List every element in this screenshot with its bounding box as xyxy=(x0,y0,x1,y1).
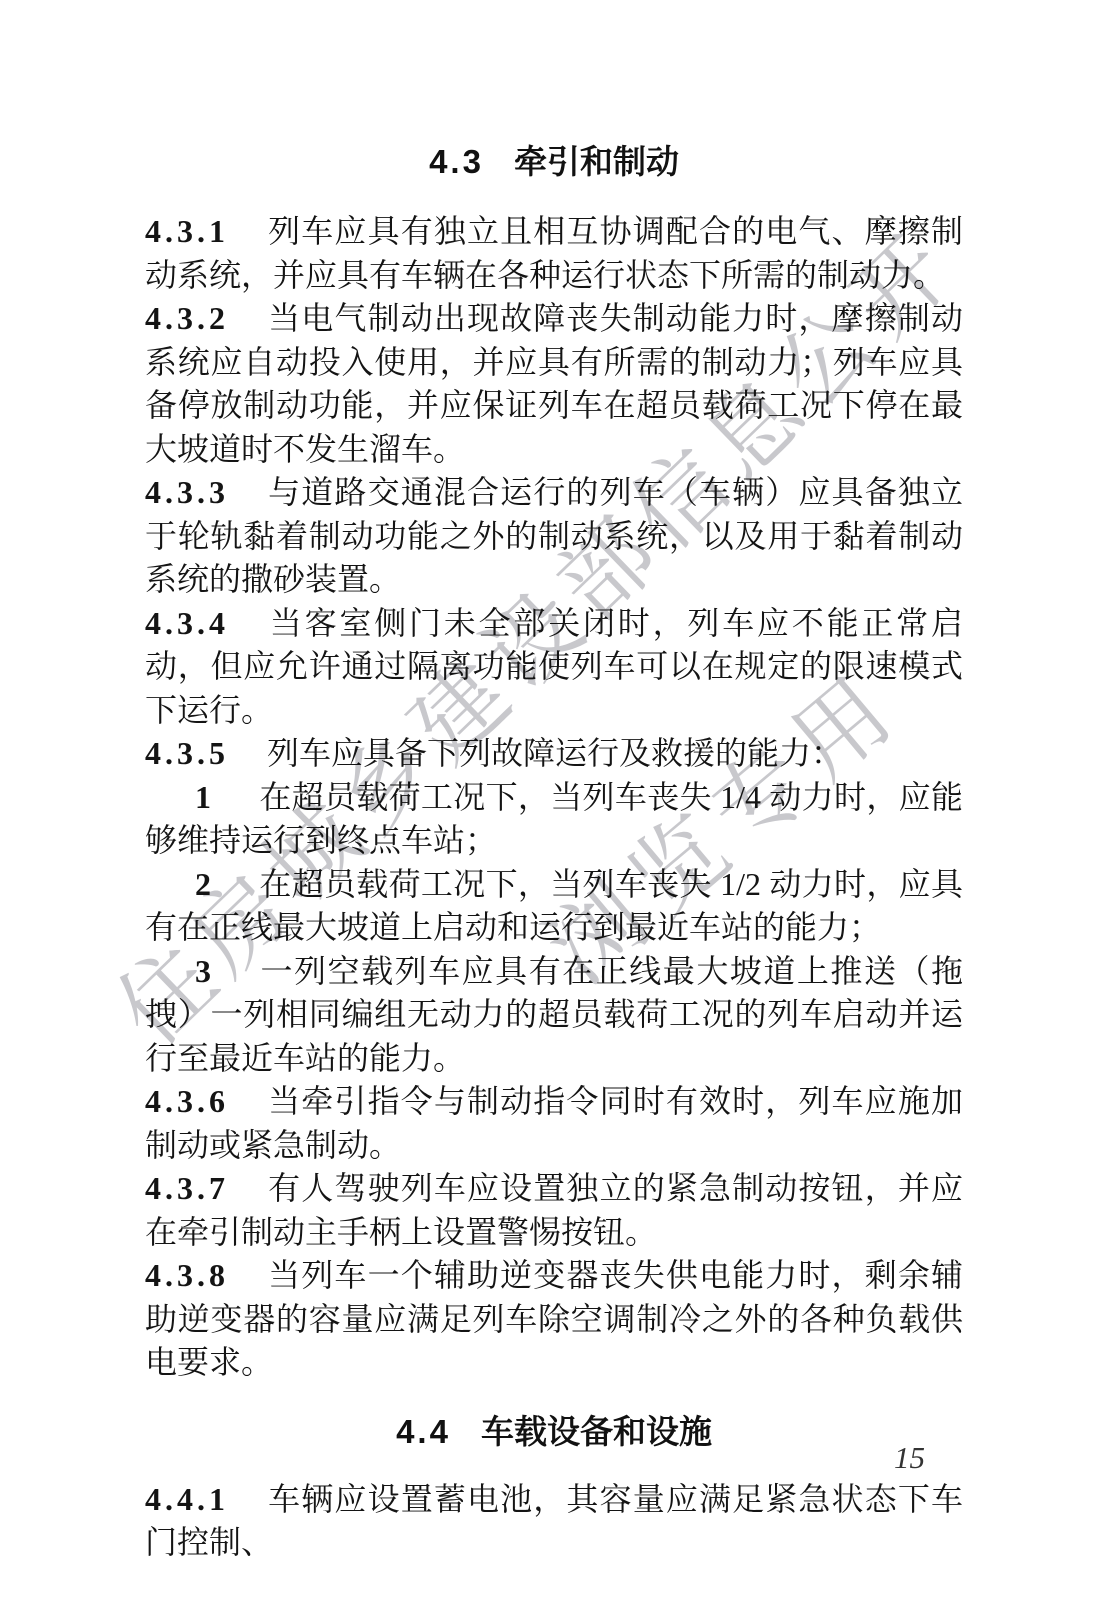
clause-text: 当牵引指令与制动指令同时有效时，列车应施加制动或紧急制动。 xyxy=(145,1083,963,1163)
item-number: 1 xyxy=(195,779,211,815)
clause-4-3-3: 4.3.3与道路交通混合运行的列车（车辆）应具备独立于轮轨黏着制动功能之外的制动… xyxy=(145,471,963,602)
clause-number: 4.3.2 xyxy=(145,300,229,336)
section-heading-number: 4.3 xyxy=(429,143,484,180)
clause-text: 有人驾驶列车应设置独立的紧急制动按钮，并应在牵引制动主手柄上设置警惕按钮。 xyxy=(145,1170,963,1250)
clause-4-3-6: 4.3.6当牵引指令与制动指令同时有效时，列车应施加制动或紧急制动。 xyxy=(145,1080,963,1167)
item-text: 在超员载荷工况下，当列车丧失 1/2 动力时，应具有在正线最大坡道上启动和运行到… xyxy=(145,866,963,946)
clause-number: 4.3.5 xyxy=(145,735,229,771)
item-text: 在超员载荷工况下，当列车丧失 1/4 动力时，应能够维持运行到终点车站； xyxy=(145,779,963,859)
clause-4-3-5-item-2: 2在超员载荷工况下，当列车丧失 1/2 动力时，应具有在正线最大坡道上启动和运行… xyxy=(145,863,963,950)
page-number: 15 xyxy=(894,1440,925,1476)
clause-number: 4.3.4 xyxy=(145,605,229,641)
clause-4-3-4: 4.3.4当客室侧门未全部关闭时，列车应不能正常启动，但应允许通过隔离功能使列车… xyxy=(145,602,963,733)
clause-text: 当客室侧门未全部关闭时，列车应不能正常启动，但应允许通过隔离功能使列车可以在规定… xyxy=(145,605,963,728)
section-heading-4-3: 4.3牵引和制动 xyxy=(145,140,963,184)
item-text: 一列空载列车应具有在正线最大坡道上推送（拖拽）一列相同编组无动力的超员载荷工况的… xyxy=(145,953,963,1076)
clause-number: 4.3.8 xyxy=(145,1257,229,1293)
clause-text: 与道路交通混合运行的列车（车辆）应具备独立于轮轨黏着制动功能之外的制动系统，以及… xyxy=(145,474,963,597)
clause-number: 4.3.1 xyxy=(145,213,229,249)
item-number: 2 xyxy=(195,866,211,902)
clause-number: 4.3.6 xyxy=(145,1083,229,1119)
clause-text: 列车应具有独立且相互协调配合的电气、摩擦制动系统，并应具有车辆在各种运行状态下所… xyxy=(145,213,963,293)
clause-4-3-1: 4.3.1列车应具有独立且相互协调配合的电气、摩擦制动系统，并应具有车辆在各种运… xyxy=(145,210,963,297)
clause-4-3-7: 4.3.7有人驾驶列车应设置独立的紧急制动按钮，并应在牵引制动主手柄上设置警惕按… xyxy=(145,1167,963,1254)
section-heading-4-4: 4.4车载设备和设施 xyxy=(145,1410,963,1454)
page-content: 4.3牵引和制动 4.3.1列车应具有独立且相互协调配合的电气、摩擦制动系统，并… xyxy=(145,140,963,1565)
clause-4-3-8: 4.3.8当列车一个辅助逆变器丧失供电能力时，剩余辅助逆变器的容量应满足列车除空… xyxy=(145,1254,963,1385)
clause-number: 4.3.3 xyxy=(145,474,229,510)
clause-text: 车辆应设置蓄电池，其容量应满足紧急状态下车门控制、 xyxy=(145,1481,963,1561)
clause-4-3-2: 4.3.2当电气制动出现故障丧失制动能力时，摩擦制动系统应自动投入使用，并应具有… xyxy=(145,297,963,471)
document-page: 住房城乡建设部信息公开 浏览专用 4.3牵引和制动 4.3.1列车应具有独立且相… xyxy=(0,0,1103,1597)
clause-4-3-5: 4.3.5列车应具备下列故障运行及救援的能力： xyxy=(145,732,963,776)
clause-4-3-5-item-1: 1在超员载荷工况下，当列车丧失 1/4 动力时，应能够维持运行到终点车站； xyxy=(145,776,963,863)
clause-text: 列车应具备下列故障运行及救援的能力： xyxy=(267,735,843,771)
clause-4-4-1: 4.4.1车辆应设置蓄电池，其容量应满足紧急状态下车门控制、 xyxy=(145,1478,963,1565)
clause-number: 4.3.7 xyxy=(145,1170,229,1206)
section-heading-title: 车载设备和设施 xyxy=(481,1413,712,1450)
clause-text: 当列车一个辅助逆变器丧失供电能力时，剩余辅助逆变器的容量应满足列车除空调制冷之外… xyxy=(145,1257,963,1380)
clause-text: 当电气制动出现故障丧失制动能力时，摩擦制动系统应自动投入使用，并应具有所需的制动… xyxy=(145,300,963,467)
clause-number: 4.4.1 xyxy=(145,1481,229,1517)
section-heading-number: 4.4 xyxy=(396,1413,451,1450)
item-number: 3 xyxy=(195,953,211,989)
clause-4-3-5-item-3: 3一列空载列车应具有在正线最大坡道上推送（拖拽）一列相同编组无动力的超员载荷工况… xyxy=(145,950,963,1081)
section-heading-title: 牵引和制动 xyxy=(514,143,679,180)
